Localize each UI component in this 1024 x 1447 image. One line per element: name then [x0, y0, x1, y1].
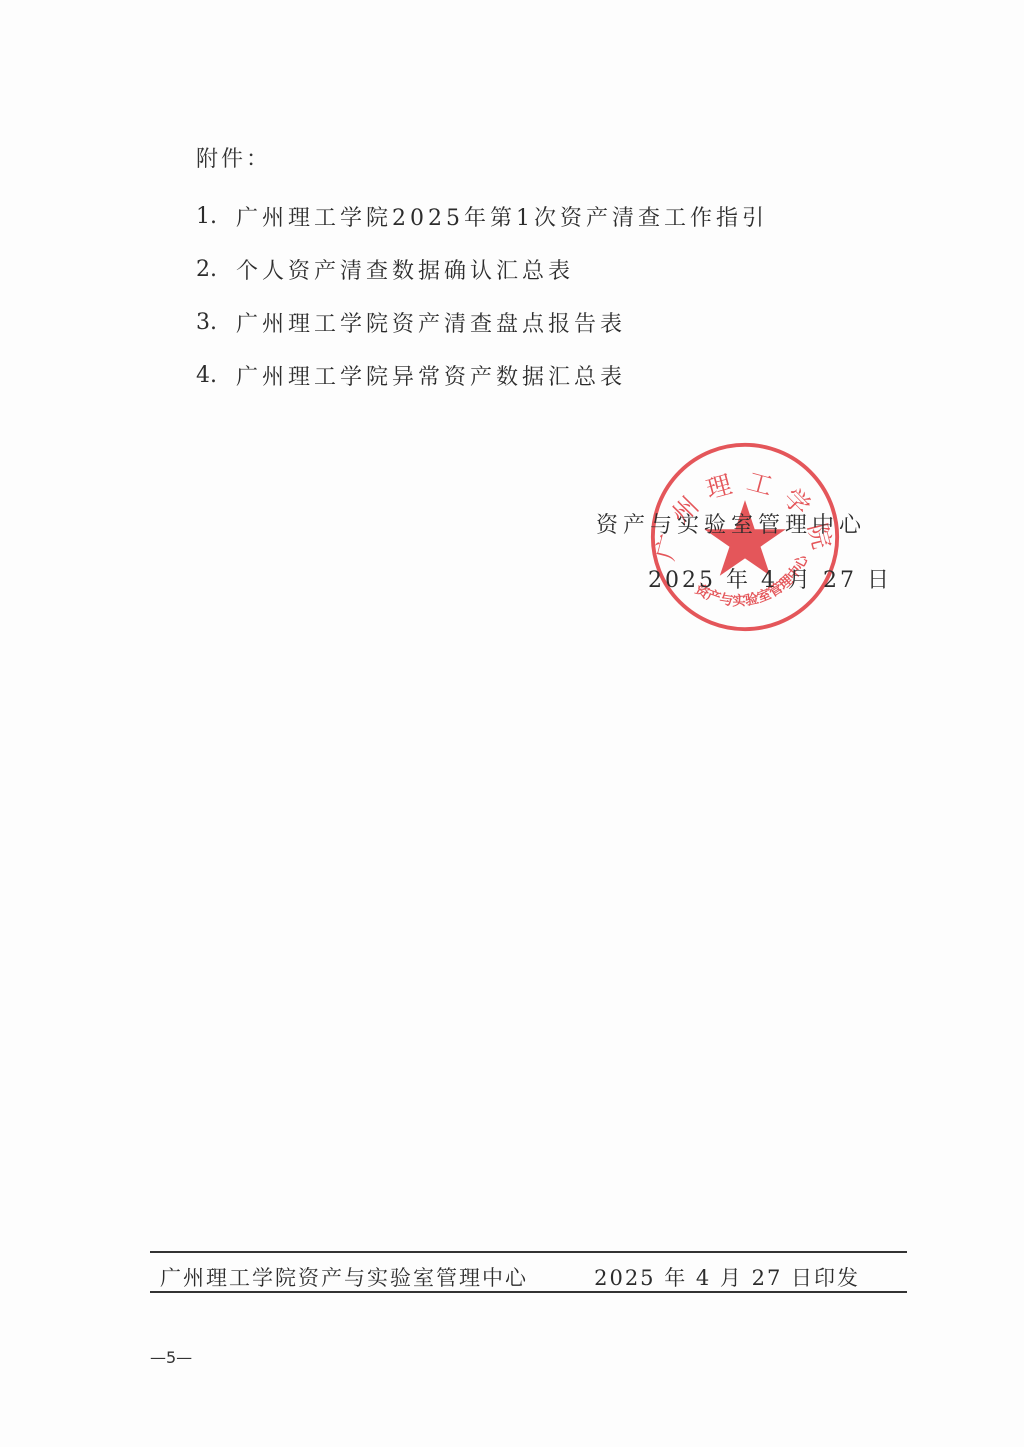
document-page: 附件： 1. 广州理工学院2025年第1次资产清查工作指引 2. 个人资产清查数…: [0, 0, 1024, 1447]
footer-issuer: 广州理工学院资产与实验室管理中心: [160, 1262, 528, 1292]
attachment-title: 个人资产清查数据确认汇总表: [236, 254, 574, 285]
signature-organization: 资产与实验室管理中心: [596, 508, 866, 539]
attachment-item: 1. 广州理工学院2025年第1次资产清查工作指引: [196, 190, 768, 243]
signature-date: 2025 年 4 月 27 日: [648, 563, 866, 594]
attachment-title: 广州理工学院2025年第1次资产清查工作指引: [236, 201, 768, 232]
footer-top-rule: [150, 1251, 907, 1253]
attachment-item: 3. 广州理工学院资产清查盘点报告表: [196, 296, 768, 349]
attachment-number: 1.: [196, 204, 236, 229]
attachment-number: 3.: [196, 310, 236, 335]
page-number: —5—: [150, 1348, 192, 1367]
attachment-item: 2. 个人资产清查数据确认汇总表: [196, 243, 768, 296]
footer-bottom-rule: [150, 1291, 907, 1293]
attachment-number: 4.: [196, 363, 236, 388]
attachments-list: 1. 广州理工学院2025年第1次资产清查工作指引 2. 个人资产清查数据确认汇…: [196, 190, 768, 402]
footer-issued-date: 2025 年 4 月 27 日印发: [594, 1262, 860, 1292]
footer-issuance-line: 广州理工学院资产与实验室管理中心 2025 年 4 月 27 日印发: [160, 1262, 900, 1292]
attachment-item: 4. 广州理工学院异常资产数据汇总表: [196, 349, 768, 402]
attachments-heading: 附件：: [196, 142, 271, 173]
signature-block: 资产与实验室管理中心 2025 年 4 月 27 日: [596, 508, 866, 594]
attachment-title: 广州理工学院资产清查盘点报告表: [236, 307, 626, 338]
attachment-number: 2.: [196, 257, 236, 282]
attachment-title: 广州理工学院异常资产数据汇总表: [236, 360, 626, 391]
